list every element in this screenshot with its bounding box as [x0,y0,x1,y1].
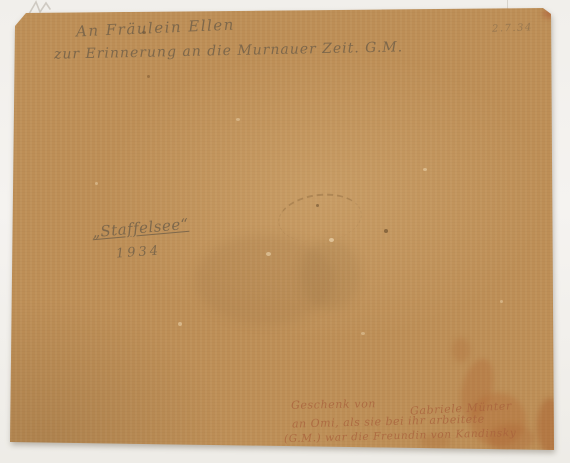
dedication-line-1: An Fräulein Ellen [76,16,236,41]
paper-speck [384,229,388,233]
paper-speck [361,332,365,335]
rust-stain [537,398,563,454]
cardboard-wrapper: An Fräulein Ellen zur Erinnerung an die … [0,0,570,463]
note-line-1: Geschenk von [291,397,376,411]
paper-speck [316,204,319,207]
artwork-verso-photo: An Fräulein Ellen zur Erinnerung an die … [0,0,570,463]
paper-speck [423,168,427,171]
smudge [300,240,360,310]
paper-speck [95,182,98,185]
year-inscription: 1934 [116,243,162,261]
rust-stain [543,9,555,18]
paper-speck [266,252,271,256]
title-inscription: „Staffelsee“ [91,215,189,241]
paper-speck [178,322,182,326]
cardboard: An Fräulein Ellen zur Erinnerung an die … [0,0,570,463]
dedication-line-2: zur Erinnerung an die Murnauer Zeit. G.M… [54,39,403,62]
paper-speck [147,75,150,78]
paper-speck [236,118,240,121]
date-inscription: 2.7.34 [492,22,533,34]
paper-speck [500,300,503,303]
paper-speck [329,238,334,242]
rust-stain [452,338,470,362]
